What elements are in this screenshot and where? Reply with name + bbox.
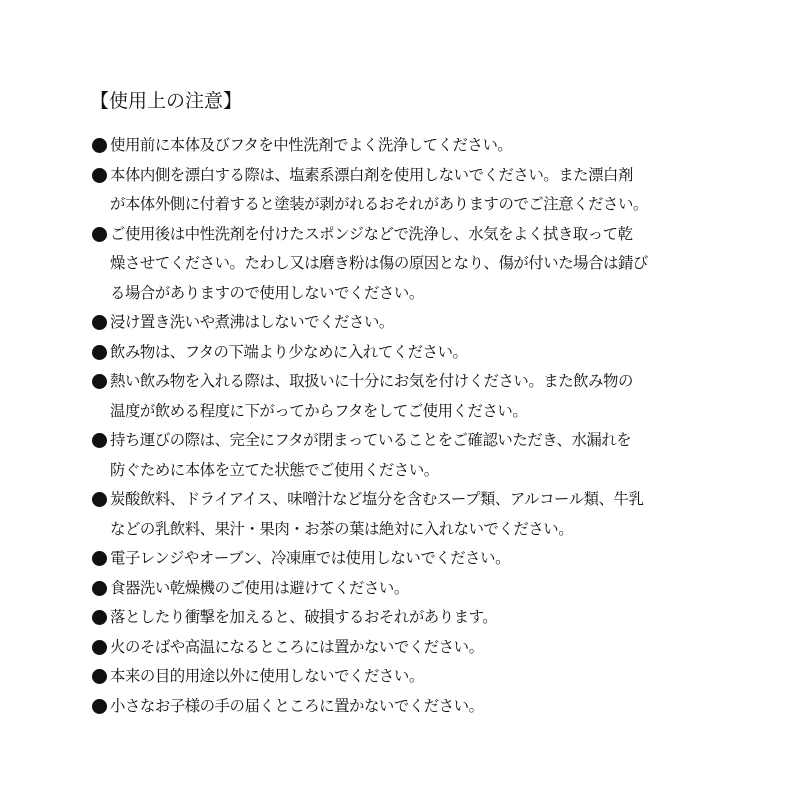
precautions-list: 使用前に本体及びフタを中性洗剤でよく洗浄してください。 本体内側を漂白する際は、… (92, 131, 732, 721)
bullet-icon (92, 227, 107, 242)
item-text-line: 使用前に本体及びフタを中性洗剤でよく洗浄してください。 (110, 131, 732, 161)
item-text-line: 炭酸飲料、ドライアイス、味噌汁など塩分を含むスープ類、アルコール類、牛乳 (110, 485, 732, 515)
list-item: 食器洗い乾燥機のご使用は避けてください。 (92, 574, 732, 604)
bullet-icon (92, 138, 107, 153)
list-item: 熱い飲み物を入れる際は、取扱いに十分にお気を付けください。また飲み物の 温度が飲… (92, 367, 732, 426)
bullet-icon (92, 345, 107, 360)
item-text-line: 飲み物は、フタの下端より少なめに入れてください。 (110, 338, 732, 368)
bullet-icon (92, 433, 107, 448)
item-text-line: 防ぐために本体を立てた状態でご使用ください。 (110, 456, 732, 486)
item-text-line: 本体内側を漂白する際は、塩素系漂白剤を使用しないでください。また漂白剤 (110, 161, 732, 191)
item-text-line: 食器洗い乾燥機のご使用は避けてください。 (110, 574, 732, 604)
list-item: 炭酸飲料、ドライアイス、味噌汁など塩分を含むスープ類、アルコール類、牛乳 などの… (92, 485, 732, 544)
bullet-icon (92, 492, 107, 507)
item-text-line: 温度が飲める程度に下がってからフタをしてご使用ください。 (110, 397, 732, 427)
bullet-icon (92, 699, 107, 714)
item-text-line: 浸け置き洗いや煮沸はしないでください。 (110, 308, 732, 338)
item-text-line: 熱い飲み物を入れる際は、取扱いに十分にお気を付けください。また飲み物の (110, 367, 732, 397)
item-text-line: 燥させてください。たわし又は磨き粉は傷の原因となり、傷が付いた場合は錆び (110, 249, 732, 279)
list-item: 本来の目的用途以外に使用しないでください。 (92, 662, 732, 692)
list-item: 電子レンジやオーブン、冷凍庫では使用しないでください。 (92, 544, 732, 574)
bullet-icon (92, 551, 107, 566)
bullet-icon (92, 640, 107, 655)
list-item: 持ち運びの際は、完全にフタが閉まっていることをご確認いただき、水漏れを 防ぐため… (92, 426, 732, 485)
item-text-line: 電子レンジやオーブン、冷凍庫では使用しないでください。 (110, 544, 732, 574)
bullet-icon (92, 315, 107, 330)
item-text-line: ご使用後は中性洗剤を付けたスポンジなどで洗浄し、水気をよく拭き取って乾 (110, 220, 732, 250)
list-item: 小さなお子様の手の届くところに置かないでください。 (92, 692, 732, 722)
item-text-line: 持ち運びの際は、完全にフタが閉まっていることをご確認いただき、水漏れを (110, 426, 732, 456)
list-item: 本体内側を漂白する際は、塩素系漂白剤を使用しないでください。また漂白剤 が本体外… (92, 161, 732, 220)
list-item: 火のそばや高温になるところには置かないでください。 (92, 633, 732, 663)
list-item: ご使用後は中性洗剤を付けたスポンジなどで洗浄し、水気をよく拭き取って乾 燥させて… (92, 220, 732, 309)
list-item: 落としたり衝撃を加えると、破損するおそれがあります。 (92, 603, 732, 633)
bullet-icon (92, 610, 107, 625)
item-text-line: 火のそばや高温になるところには置かないでください。 (110, 633, 732, 663)
item-text-line: 本来の目的用途以外に使用しないでください。 (110, 662, 732, 692)
list-item: 浸け置き洗いや煮沸はしないでください。 (92, 308, 732, 338)
list-item: 使用前に本体及びフタを中性洗剤でよく洗浄してください。 (92, 131, 732, 161)
item-text-line: などの乳飲料、果汁・果肉・お茶の葉は絶対に入れないでください。 (110, 515, 732, 545)
item-text-line: 小さなお子様の手の届くところに置かないでください。 (110, 692, 732, 722)
bullet-icon (92, 168, 107, 183)
item-text-line: 落としたり衝撃を加えると、破損するおそれがあります。 (110, 603, 732, 633)
bullet-icon (92, 374, 107, 389)
document-title: 【使用上の注意】 (90, 88, 732, 114)
bullet-icon (92, 669, 107, 684)
usage-precautions-document: 【使用上の注意】 使用前に本体及びフタを中性洗剤でよく洗浄してください。 本体内… (92, 88, 732, 721)
bullet-icon (92, 581, 107, 596)
list-item: 飲み物は、フタの下端より少なめに入れてください。 (92, 338, 732, 368)
item-text-line: る場合がありますので使用しないでください。 (110, 279, 732, 309)
item-text-line: が本体外側に付着すると塗装が剥がれるおそれがありますのでご注意ください。 (110, 190, 732, 220)
